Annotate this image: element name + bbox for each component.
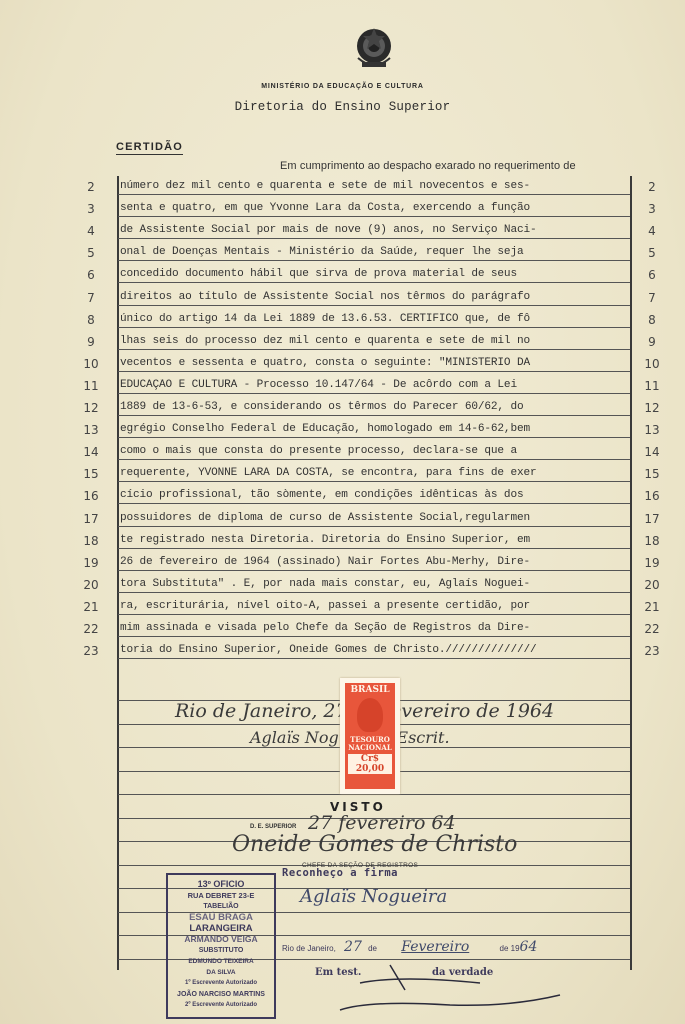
certificate-line: direitos ao título de Assistente Social … [120,291,630,303]
line-number-right: 12 [637,401,667,415]
line-number-right: 14 [637,445,667,459]
line-number-right: 15 [637,467,667,481]
stamp-country: BRASIL [345,685,395,695]
certificate-line: te registrado nesta Diretoria. Diretoria… [120,534,630,546]
line-number-left: 5 [76,246,106,260]
line-number-right: 5 [637,246,667,260]
notary-line: LARANGEIRA [168,923,274,934]
certificate-line: de Assistente Social por mais de nove (9… [120,224,630,236]
line-number-left: 22 [76,622,106,636]
directorate-heading: Diretoria do Ensino Superior [0,100,685,114]
ruled-line [118,548,630,549]
notary-date-line: Rio de Janeiro, 27 de Fevereiro de 1964 [282,939,537,955]
notary-recognized-signature: Aglaïs Nogueira [300,886,447,907]
line-number-right: 13 [637,423,667,437]
notary-line: ESAÚ BRAGA [168,912,274,923]
notary-day: 27 [344,939,362,955]
line-number-right: 18 [637,534,667,548]
ministry-heading: MINISTÉRIO DA EDUCAÇÃO E CULTURA [0,83,685,90]
line-number-right: 8 [637,313,667,327]
coat-of-arms-icon [352,26,396,72]
line-number-right: 19 [637,556,667,570]
certificate-line: mim assinada e visada pelo Chefe da Seçã… [120,622,630,634]
certificate-line: tora Substituta" . E, por nada mais cons… [120,578,630,590]
ruled-line [118,526,630,527]
notary-line: 13º OFICIO [168,879,274,890]
ruled-line [118,658,630,659]
line-number-right: 22 [637,622,667,636]
line-number-right: 9 [637,335,667,349]
ruled-line [118,349,630,350]
ruled-line [118,503,630,504]
line-number-left: 4 [76,224,106,238]
visto-prefix: D. E. SUPERIOR [250,824,296,830]
line-number-left: 9 [76,335,106,349]
notary-line: RUA DEBRET 23-E [168,890,274,901]
line-number-right: 20 [637,578,667,592]
line-number-right: 23 [637,644,667,658]
certificate-line: onal de Doenças Mentais - Ministério da … [120,246,630,258]
line-number-left: 12 [76,401,106,415]
ruled-line [118,570,630,571]
line-number-left: 7 [76,291,106,305]
notary-stamp: 13º OFICIO RUA DEBRET 23-E TABELIÃO ESAÚ… [166,873,276,1019]
certificate-line: 26 de fevereiro de 1964 (assinado) Nair … [120,556,630,568]
left-margin-line [117,176,119,970]
line-number-right: 17 [637,512,667,526]
tax-stamp: BRASIL TESOURO NACIONAL Cr$ 20,00 [340,678,400,794]
ruled-line [118,636,630,637]
line-number-left: 11 [76,379,106,393]
ruled-line [118,459,630,460]
certificate-line: vecentos e sessenta e quatro, consta o s… [120,357,630,369]
ruled-line [118,238,630,239]
line-number-left: 16 [76,489,106,503]
line-number-left: 15 [76,467,106,481]
line-number-left: 17 [76,512,106,526]
certificate-line: como o mais que consta do presente proce… [120,445,630,457]
stamp-value: Cr$ 20,00 [348,754,392,774]
line-number-right: 10 [637,357,667,371]
line-number-right: 6 [637,268,667,282]
notary-line: EDMUNDO TEIXEIRA [168,956,274,967]
ruled-line [118,260,630,261]
ruled-line [118,282,630,283]
line-number-right: 4 [637,224,667,238]
certificate-title: CERTIDÃO [116,141,183,155]
certificate-line: 1889 de 13-6-53, e considerando os têrmo… [120,401,630,413]
notary-year: 64 [520,939,538,955]
certificate-line: EDUCAÇÃO E CULTURA - Processo 10.147/64 … [120,379,630,391]
line-number-right: 16 [637,489,667,503]
line-number-left: 20 [76,578,106,592]
notary-line: JOÃO NARCISO MARTINS [168,989,274,1000]
line-number-left: 2 [76,180,106,194]
line-number-left: 6 [76,268,106,282]
certificate-line: toria do Ensino Superior, Oneide Gomes d… [120,644,630,656]
certificate-line: ra, escriturária, nível oito-A, passei a… [120,600,630,612]
notary-line: DA SILVA [168,967,274,978]
line-number-left: 14 [76,445,106,459]
line-number-left: 13 [76,423,106,437]
ruled-line [118,305,630,306]
notary-line: 2º Escrevente Autorizado [168,1000,274,1011]
ruled-line [118,794,630,795]
line-number-right: 11 [637,379,667,393]
notary-month: Fevereiro [401,939,469,955]
line-number-left: 18 [76,534,106,548]
notary-line: SUBSTITUTO [168,945,274,956]
line-number-left: 3 [76,202,106,216]
notary-signature-marks [330,955,580,1020]
certificate-line: lhas seis do processo dez mil cento e qu… [120,335,630,347]
certificate-line: possuidores de diploma de curso de Assis… [120,512,630,524]
stamp-portrait-icon [357,698,383,732]
ruled-line [118,437,630,438]
notary-line: 1º Escrevente Autorizado [168,978,274,989]
notary-city: Rio de Janeiro, [282,944,336,953]
stamp-label: TESOURO NACIONAL [345,736,395,752]
visto-signature: Oneide Gomes de Christo [232,832,517,857]
line-number-right: 2 [637,180,667,194]
line-number-left: 23 [76,644,106,658]
notary-year-label: de 19 [500,944,520,953]
visto-date-handwritten: 27 fevereiro 64 [308,812,456,834]
certificate-line: senta e quatro, em que Yvonne Lara da Co… [120,202,630,214]
line-number-right: 21 [637,600,667,614]
ruled-line [118,194,630,195]
ruled-line [118,371,630,372]
notary-line: TABELIÃO [168,901,274,912]
right-margin-line [630,176,632,970]
line-number-left: 21 [76,600,106,614]
ruled-line [118,614,630,615]
notary-line: ARMANDO VEIGA [168,934,274,945]
certificate-line: requerente, YVONNE LARA DA COSTA, se enc… [120,467,630,479]
certificate-line: egrégio Conselho Federal de Educação, ho… [120,423,630,435]
certificate-intro: Em cumprimento ao despacho exarado no re… [280,160,576,172]
ruled-line [118,327,630,328]
notary-de: de [368,944,377,953]
line-number-left: 8 [76,313,106,327]
ruled-line [118,415,630,416]
certificate-line: cício profissional, tão sòmente, em cond… [120,489,630,501]
notary-recognition-label: Reconheço a firma [282,867,398,879]
certificate-line: número dez mil cento e quarenta e sete d… [120,180,630,192]
line-number-left: 19 [76,556,106,570]
certificate-line: concedido documento hábil que sirva de p… [120,268,630,280]
line-number-left: 10 [76,357,106,371]
ruled-line [118,393,630,394]
ruled-line [118,481,630,482]
ruled-line [118,592,630,593]
certificate-line: único do artigo 14 da Lei 1889 de 13.6.5… [120,313,630,325]
line-number-right: 7 [637,291,667,305]
line-number-right: 3 [637,202,667,216]
ruled-line [118,216,630,217]
